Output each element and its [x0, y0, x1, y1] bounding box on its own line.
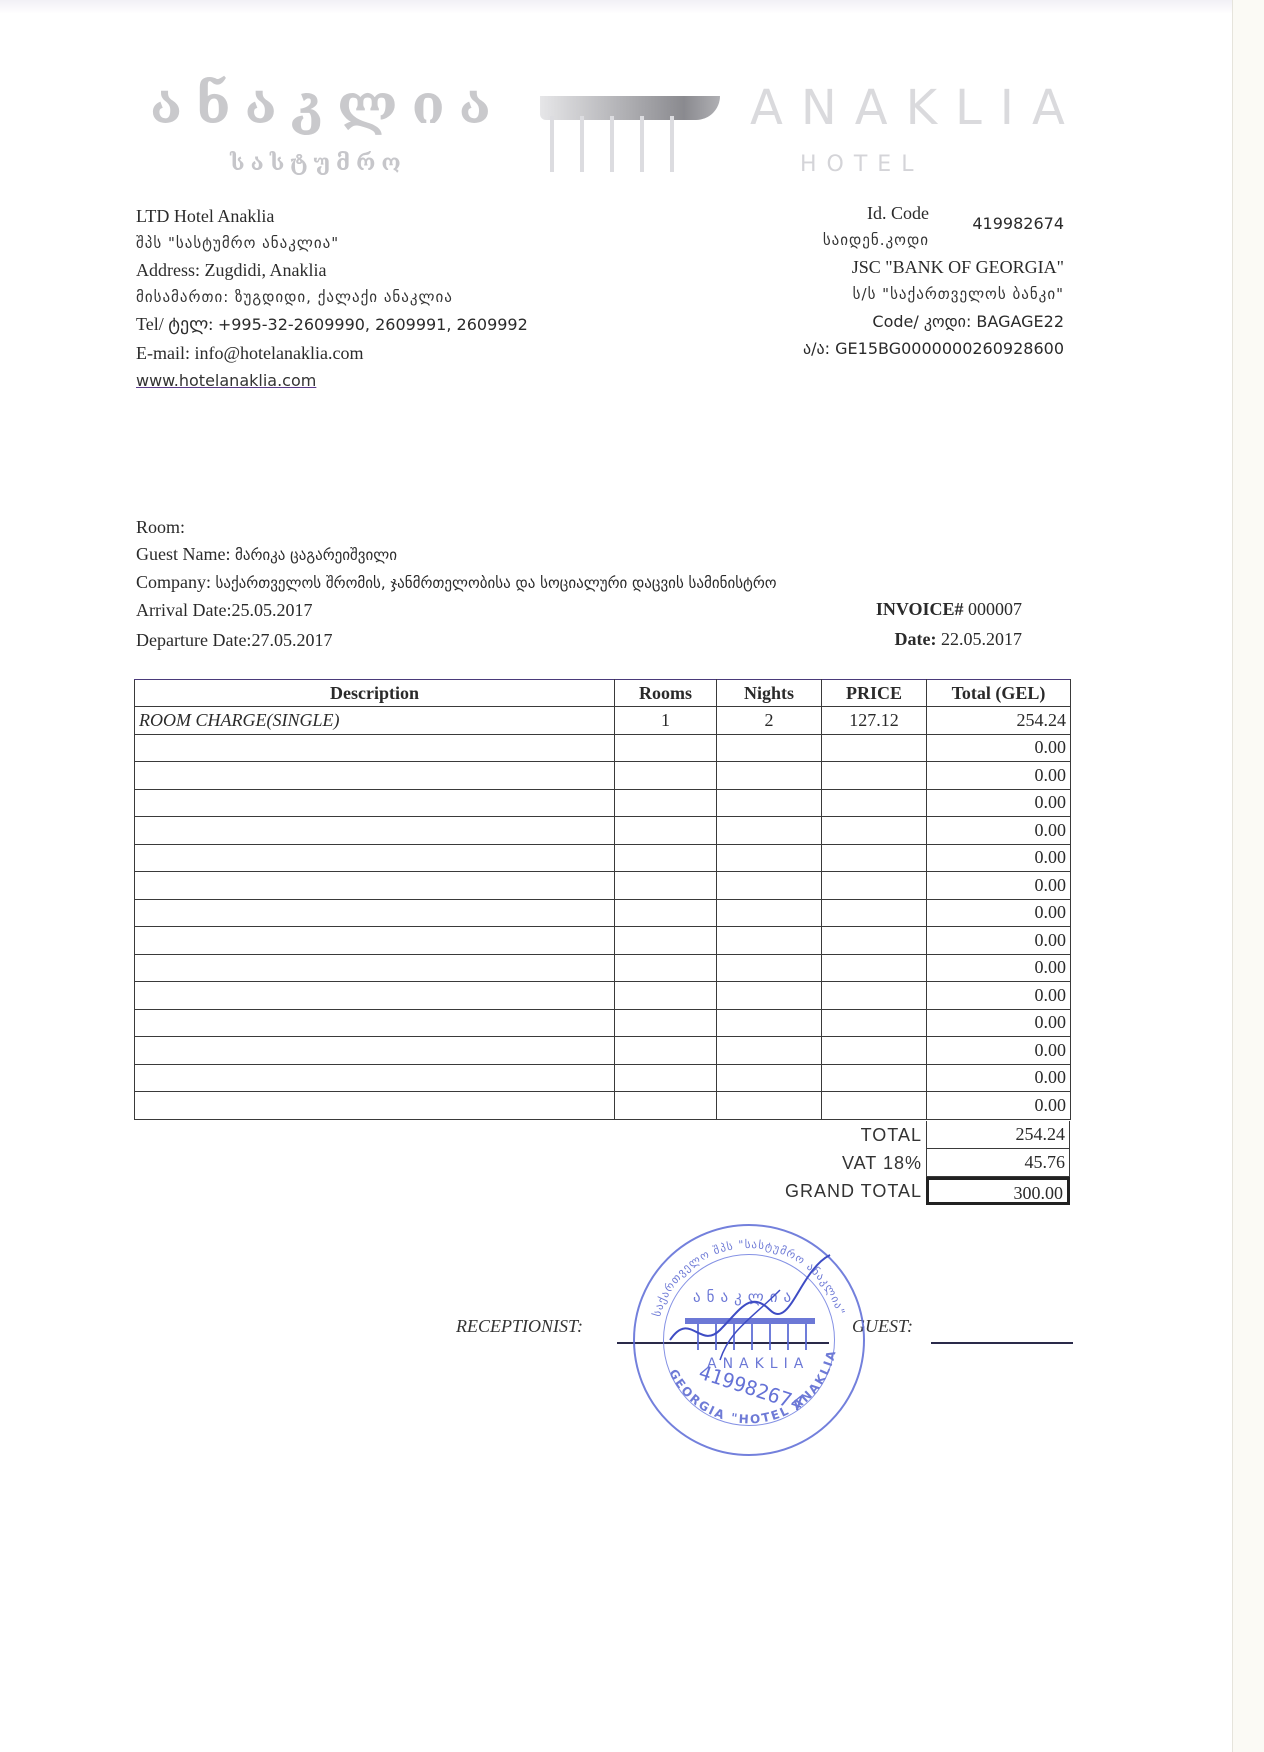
receptionist-signature-scribble	[660, 1250, 840, 1370]
header-nights: Nights	[717, 680, 822, 707]
cell-price	[822, 872, 927, 900]
vat-row: VAT 18% 45.76	[750, 1149, 1070, 1177]
grand-total-label: GRAND TOTAL	[750, 1181, 926, 1202]
invoice-date-label: Date:	[895, 629, 937, 649]
bank-code-label: Code/ კოდი:	[872, 312, 971, 331]
cell-price	[822, 927, 927, 955]
cell-nights: 2	[717, 707, 822, 735]
table-row: 0.00	[135, 1009, 1071, 1037]
cell-nights	[717, 954, 822, 982]
table-row: 0.00	[135, 1092, 1071, 1120]
scan-right-edge	[1232, 0, 1264, 1752]
cell-price	[822, 954, 927, 982]
invoice-number-label: INVOICE#	[876, 599, 964, 619]
arrival-label: Arrival Date:	[136, 600, 231, 620]
cell-price	[822, 1009, 927, 1037]
cell-price	[822, 734, 927, 762]
cell-description	[135, 1064, 615, 1092]
cell-nights	[717, 872, 822, 900]
cell-description	[135, 817, 615, 845]
guest-signature-line	[931, 1342, 1073, 1344]
logo-english-subtitle: HOTEL	[800, 152, 923, 177]
cell-rooms	[615, 817, 717, 845]
cell-total: 0.00	[927, 927, 1071, 955]
company-address-en: Address: Zugdidi, Anaklia	[136, 257, 528, 284]
bank-info: Id. Code 419982674 საიდენ.კოდი JSC "BANK…	[803, 200, 1064, 362]
header-rooms: Rooms	[615, 680, 717, 707]
cell-description	[135, 789, 615, 817]
id-code-label: Id. Code	[867, 200, 929, 227]
company-email: E-mail: info@hotelanaklia.com	[136, 340, 528, 367]
cell-rooms	[615, 789, 717, 817]
table-row: 0.00	[135, 762, 1071, 790]
cell-total: 0.00	[927, 1009, 1071, 1037]
cell-description	[135, 899, 615, 927]
cell-total: 0.00	[927, 1037, 1071, 1065]
vat-value: 45.76	[926, 1149, 1070, 1177]
cell-nights	[717, 844, 822, 872]
cell-price: 127.12	[822, 707, 927, 735]
bank-account-row: ა/ა: GE15BG0000000260928600	[803, 335, 1064, 362]
cell-description	[135, 844, 615, 872]
cell-description	[135, 762, 615, 790]
cell-price	[822, 982, 927, 1010]
id-code-label-ka: საიდენ.კოდი	[803, 227, 929, 254]
id-code-value: 419982674	[972, 210, 1064, 237]
company-address-ka: მისამართი: ზუგდიდი, ქალაქი ანაკლია	[136, 284, 528, 311]
cell-total: 0.00	[927, 789, 1071, 817]
table-row: 0.00	[135, 817, 1071, 845]
cell-total: 0.00	[927, 954, 1071, 982]
company-info: LTD Hotel Anaklia შპს "სასტუმრო ანაკლია"…	[136, 203, 528, 394]
phone-value: +995-32-2609990, 2609991, 2609992	[218, 315, 528, 334]
table-row: 0.00	[135, 927, 1071, 955]
cell-rooms: 1	[615, 707, 717, 735]
cell-rooms	[615, 1037, 717, 1065]
invoice-meta: INVOICE# 000007 Date: 22.05.2017	[876, 594, 1022, 654]
logo-georgian-text: ანაკლია	[150, 72, 505, 136]
cell-nights	[717, 734, 822, 762]
cell-nights	[717, 982, 822, 1010]
guest-company-row: Company: საქართველოს შრომის, ჯანმრთელობი…	[136, 569, 777, 597]
invoice-date-row: Date: 22.05.2017	[876, 624, 1022, 654]
cell-rooms	[615, 954, 717, 982]
cell-description	[135, 954, 615, 982]
cell-description	[135, 1037, 615, 1065]
cell-nights	[717, 1064, 822, 1092]
cell-description	[135, 982, 615, 1010]
table-row: 0.00	[135, 872, 1071, 900]
arrival-value: 25.05.2017	[231, 600, 312, 620]
total-value: 254.24	[926, 1121, 1070, 1149]
cell-rooms	[615, 899, 717, 927]
logo-english-text: ANAKLIA	[750, 80, 1083, 136]
bank-name-en: JSC "BANK OF GEORGIA"	[803, 254, 1064, 281]
cell-description	[135, 1092, 615, 1120]
total-label: TOTAL	[750, 1125, 926, 1146]
guest-name-label: Guest Name:	[136, 544, 230, 564]
guest-company-value: საქართველოს შრომის, ჯანმრთელობისა და სოც…	[216, 574, 777, 592]
table-row: 0.00	[135, 982, 1071, 1010]
guest-info: Room: Guest Name: მარიკა ცაგარეიშვილი Co…	[136, 514, 777, 654]
bank-code-row: Code/ კოდი: BAGAGE22	[803, 308, 1064, 335]
cell-total: 0.00	[927, 872, 1071, 900]
line-items-table: Description Rooms Nights PRICE Total (GE…	[134, 679, 1071, 1120]
cell-description	[135, 927, 615, 955]
company-website-link[interactable]: www.hotelanaklia.com	[136, 367, 528, 394]
cell-total: 0.00	[927, 982, 1071, 1010]
guest-name-row: Guest Name: მარიკა ცაგარეიშვილი	[136, 541, 777, 569]
cell-description	[135, 734, 615, 762]
header-price: PRICE	[822, 680, 927, 707]
table-row: 0.00	[135, 899, 1071, 927]
cell-nights	[717, 927, 822, 955]
cell-rooms	[615, 1092, 717, 1120]
company-name-ka: შპს "სასტუმრო ანაკლია"	[136, 230, 528, 257]
room-row: Room:	[136, 514, 777, 541]
cell-total: 0.00	[927, 734, 1071, 762]
grand-total-row: GRAND TOTAL 300.00	[750, 1177, 1070, 1205]
departure-label: Departure Date:	[136, 630, 251, 650]
totals-block: TOTAL 254.24 VAT 18% 45.76 GRAND TOTAL 3…	[750, 1121, 1070, 1205]
table-row: 0.00	[135, 844, 1071, 872]
invoice-number-row: INVOICE# 000007	[876, 594, 1022, 624]
cell-total: 0.00	[927, 1064, 1071, 1092]
cell-description	[135, 1009, 615, 1037]
cell-price	[822, 762, 927, 790]
cell-price	[822, 844, 927, 872]
phone-label: Tel/ ტელ:	[136, 314, 213, 334]
cell-rooms	[615, 1064, 717, 1092]
cell-description: ROOM CHARGE(SINGLE)	[135, 707, 615, 735]
hotel-logo: ანაკლია სასტუმრო ANAKLIA HOTEL	[150, 72, 1030, 182]
table-row: 0.00	[135, 789, 1071, 817]
logo-georgian-subtitle: სასტუმრო	[230, 150, 407, 176]
receptionist-label: RECEPTIONIST:	[456, 1316, 583, 1337]
cell-rooms	[615, 927, 717, 955]
cell-price	[822, 817, 927, 845]
grand-total-value: 300.00	[926, 1177, 1070, 1205]
cell-nights	[717, 817, 822, 845]
cell-total: 0.00	[927, 1092, 1071, 1120]
bank-code-value: BAGAGE22	[976, 312, 1064, 331]
total-row: TOTAL 254.24	[750, 1121, 1070, 1149]
invoice-number-value: 000007	[968, 599, 1022, 619]
bridge-logo-icon	[510, 96, 720, 176]
cell-total: 0.00	[927, 844, 1071, 872]
cell-rooms	[615, 844, 717, 872]
cell-nights	[717, 899, 822, 927]
cell-total: 254.24	[927, 707, 1071, 735]
cell-rooms	[615, 734, 717, 762]
table-row: 0.00	[135, 954, 1071, 982]
cell-rooms	[615, 872, 717, 900]
account-label: ა/ა:	[803, 339, 830, 358]
vat-label: VAT 18%	[750, 1153, 926, 1174]
cell-nights	[717, 1092, 822, 1120]
guest-company-label: Company:	[136, 572, 211, 592]
company-name-en: LTD Hotel Anaklia	[136, 203, 528, 230]
id-code-row: Id. Code 419982674	[803, 200, 1064, 227]
bank-name-ka: ს/ს "საქართველოს ბანკი"	[803, 281, 1064, 308]
arrival-row: Arrival Date:25.05.2017	[136, 597, 777, 624]
departure-value: 27.05.2017	[251, 630, 332, 650]
room-label: Room:	[136, 517, 185, 537]
table-header-row: Description Rooms Nights PRICE Total (GE…	[135, 680, 1071, 707]
cell-price	[822, 789, 927, 817]
cell-rooms	[615, 762, 717, 790]
cell-description	[135, 872, 615, 900]
cell-price	[822, 899, 927, 927]
header-description: Description	[135, 680, 615, 707]
cell-nights	[717, 1037, 822, 1065]
scan-top-edge	[0, 0, 1232, 14]
cell-total: 0.00	[927, 899, 1071, 927]
cell-total: 0.00	[927, 762, 1071, 790]
cell-total: 0.00	[927, 817, 1071, 845]
invoice-date-value: 22.05.2017	[941, 629, 1022, 649]
cell-nights	[717, 789, 822, 817]
table-row: ROOM CHARGE(SINGLE)12127.12254.24	[135, 707, 1071, 735]
cell-rooms	[615, 1009, 717, 1037]
cell-price	[822, 1092, 927, 1120]
cell-price	[822, 1064, 927, 1092]
account-value: GE15BG0000000260928600	[835, 339, 1064, 358]
departure-row: Departure Date:27.05.2017	[136, 627, 777, 654]
table-row: 0.00	[135, 734, 1071, 762]
table-row: 0.00	[135, 1064, 1071, 1092]
cell-price	[822, 1037, 927, 1065]
company-phone: Tel/ ტელ: +995-32-2609990, 2609991, 2609…	[136, 311, 528, 338]
cell-nights	[717, 1009, 822, 1037]
header-total: Total (GEL)	[927, 680, 1071, 707]
table-row: 0.00	[135, 1037, 1071, 1065]
cell-rooms	[615, 982, 717, 1010]
cell-nights	[717, 762, 822, 790]
guest-name-value: მარიკა ცაგარეიშვილი	[235, 546, 397, 564]
